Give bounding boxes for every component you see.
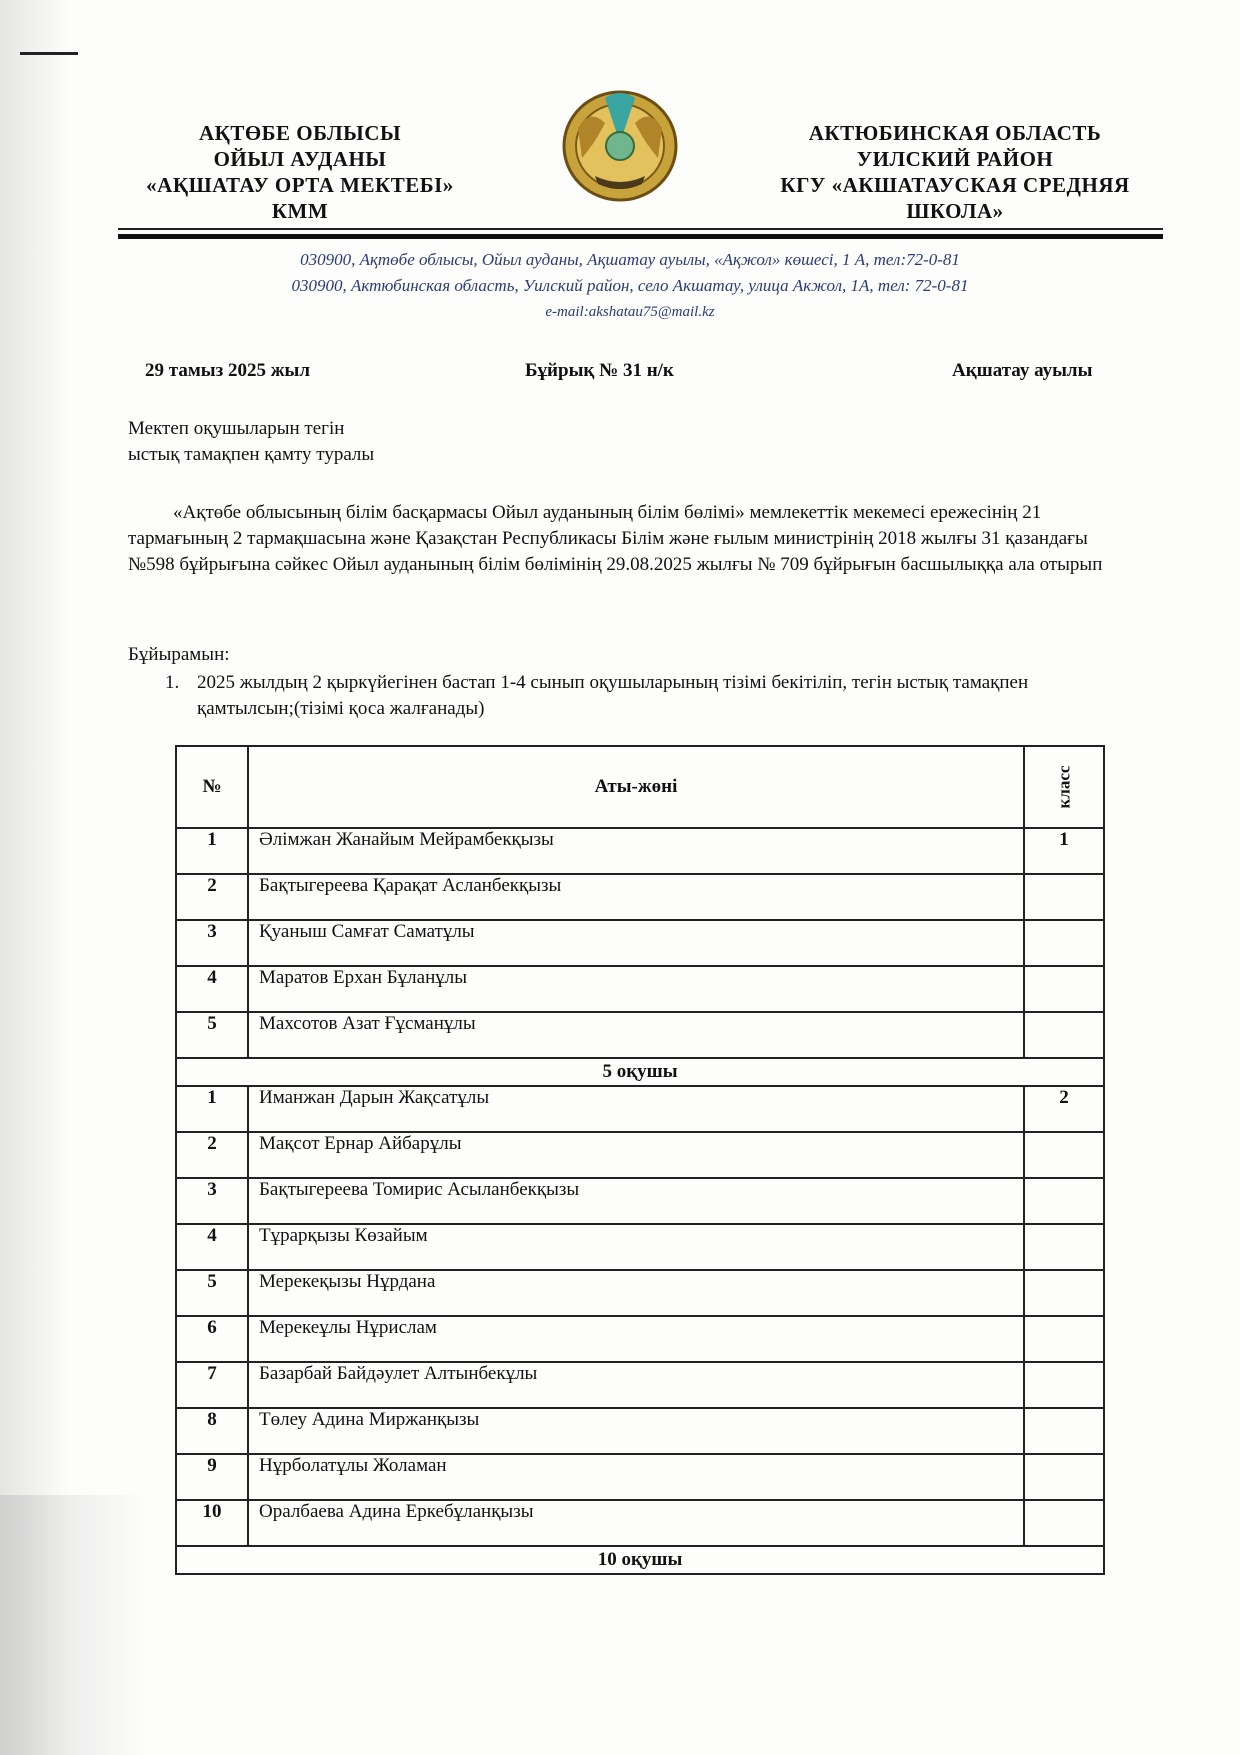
preamble-text: «Ақтөбе облысының білім басқармасы Ойыл … [128,502,1102,575]
header-line: АКТЮБИНСКАЯ ОБЛАСТЬ [730,120,1180,146]
group-summary-row: 5 оқушы [176,1058,1104,1086]
header-line: «АҚШАТАУ ОРТА МЕКТЕБІ» [100,172,500,198]
student-name: Махсотов Азат Ғұсманұлы [248,1012,1024,1058]
header-line: КГУ «АКШАТАУСКАЯ СРЕДНЯЯ [730,172,1180,198]
student-name: Бақтыгереева Томирис Асыланбекқызы [248,1178,1024,1224]
email-address: e-mail:akshatau75@mail.kz [100,300,1160,324]
order-item-1: 1. 2025 жылдың 2 қыркүйегінен бастап 1-4… [165,670,1125,722]
row-number: 6 [176,1316,248,1362]
table-row: 2Бақтыгереева Қарақат Асланбекқызы [176,874,1104,920]
row-number: 2 [176,1132,248,1178]
item-text: 2025 жылдың 2 қыркүйегінен бастап 1-4 сы… [197,670,1125,722]
table-row: 7Базарбай Байдәулет Алтынбекұлы [176,1362,1104,1408]
scan-mark [20,52,78,55]
row-number: 4 [176,1224,248,1270]
row-number: 3 [176,920,248,966]
class-number [1024,1316,1104,1362]
table-row: 5Мерекеқызы Нұрдана [176,1270,1104,1316]
student-name: Мақсот Ернар Айбарұлы [248,1132,1024,1178]
class-number [1024,966,1104,1012]
row-number: 1 [176,1086,248,1132]
table-row: 4Маратов Ерхан Бұланұлы [176,966,1104,1012]
class-number [1024,1178,1104,1224]
class-number [1024,1012,1104,1058]
table-row: 5Махсотов Азат Ғұсманұлы [176,1012,1104,1058]
student-name: Мерекеұлы Нұрислам [248,1316,1024,1362]
class-number [1024,1500,1104,1546]
group-summary: 10 оқушы [176,1546,1104,1574]
class-number [1024,1270,1104,1316]
subject-line: ыстық тамақпен қамту туралы [128,442,374,468]
class-number: 1 [1024,828,1104,874]
student-name: Мерекеқызы Нұрдана [248,1270,1024,1316]
class-number [1024,920,1104,966]
header-line: ШКОЛА» [730,198,1180,224]
class-number [1024,874,1104,920]
header-line: КММ [100,198,500,224]
student-name: Оралбаева Адина Еркебұланқызы [248,1500,1024,1546]
student-name: Иманжан Дарын Жақсатұлы [248,1086,1024,1132]
student-name: Базарбай Байдәулет Алтынбекұлы [248,1362,1024,1408]
student-name: Маратов Ерхан Бұланұлы [248,966,1024,1012]
class-number [1024,1224,1104,1270]
scan-shadow-corner [0,1495,150,1755]
group-summary-row: 10 оқушы [176,1546,1104,1574]
group-summary: 5 оқушы [176,1058,1104,1086]
order-date: 29 тамыз 2025 жыл [145,360,310,382]
header-right-ru: АКТЮБИНСКАЯ ОБЛАСТЬ УИЛСКИЙ РАЙОН КГУ «А… [730,120,1180,224]
student-name: Бақтыгереева Қарақат Асланбекқызы [248,874,1024,920]
preamble-paragraph: «Ақтөбе облысының білім басқармасы Ойыл … [128,500,1128,578]
class-number: 2 [1024,1086,1104,1132]
row-number: 4 [176,966,248,1012]
order-label: Бұйырамын: [128,644,230,666]
header-divider-thick [118,234,1163,239]
header-line: УИЛСКИЙ РАЙОН [730,146,1180,172]
kazakhstan-emblem-icon [560,88,680,203]
col-header-num: № [176,746,248,828]
header-left-kz: АҚТӨБЕ ОБЛЫСЫ ОЙЫЛ АУДАНЫ «АҚШАТАУ ОРТА … [100,120,500,224]
table-row: 1Иманжан Дарын Жақсатұлы2 [176,1086,1104,1132]
header-line: АҚТӨБЕ ОБЛЫСЫ [100,120,500,146]
row-number: 2 [176,874,248,920]
row-number: 10 [176,1500,248,1546]
student-name: Тұрарқызы Көзайым [248,1224,1024,1270]
order-number: Бұйрық № 31 н/к [525,360,674,382]
class-header-text: класс [1054,766,1074,809]
order-subject: Мектеп оқушыларын тегін ыстық тамақпен қ… [128,416,374,468]
student-name: Нұрболатұлы Жоламан [248,1454,1024,1500]
table-row: 3Қуаныш Самғат Саматұлы [176,920,1104,966]
class-number [1024,1362,1104,1408]
student-name: Әлімжан Жанайым Мейрамбекқызы [248,828,1024,874]
table-row: 4Тұрарқызы Көзайым [176,1224,1104,1270]
class-number [1024,1132,1104,1178]
subject-line: Мектеп оқушыларын тегін [128,416,374,442]
row-number: 9 [176,1454,248,1500]
table-header-row: № Аты-жөні класс [176,746,1104,828]
student-name: Төлеу Адина Миржанқызы [248,1408,1024,1454]
col-header-class: класс [1024,746,1104,828]
col-header-name: Аты-жөні [248,746,1024,828]
row-number: 7 [176,1362,248,1408]
item-number: 1. [165,670,179,696]
table-row: 8Төлеу Адина Миржанқызы [176,1408,1104,1454]
row-number: 8 [176,1408,248,1454]
row-number: 1 [176,828,248,874]
address-kz: 030900, Ақтөбе облысы, Ойыл ауданы, Ақша… [100,248,1160,272]
table-row: 6Мерекеұлы Нұрислам [176,1316,1104,1362]
class-number [1024,1408,1104,1454]
row-number: 3 [176,1178,248,1224]
row-number: 5 [176,1012,248,1058]
table-row: 1Әлімжан Жанайым Мейрамбекқызы1 [176,828,1104,874]
table-row: 3Бақтыгереева Томирис Асыланбекқызы [176,1178,1104,1224]
student-name: Қуаныш Самғат Саматұлы [248,920,1024,966]
class-number [1024,1454,1104,1500]
address-ru: 030900, Актюбинская область, Уилский рай… [100,274,1160,298]
table-row: 9Нұрболатұлы Жоламан [176,1454,1104,1500]
table-row: 10Оралбаева Адина Еркебұланқызы [176,1500,1104,1546]
header-divider-thin [118,228,1163,230]
row-number: 5 [176,1270,248,1316]
order-place: Ақшатау ауылы [952,360,1092,382]
table-row: 2Мақсот Ернар Айбарұлы [176,1132,1104,1178]
student-roster-table: № Аты-жөні класс 1Әлімжан Жанайым Мейрам… [175,745,1105,1575]
header-line: ОЙЫЛ АУДАНЫ [100,146,500,172]
scan-shadow [0,0,70,1755]
